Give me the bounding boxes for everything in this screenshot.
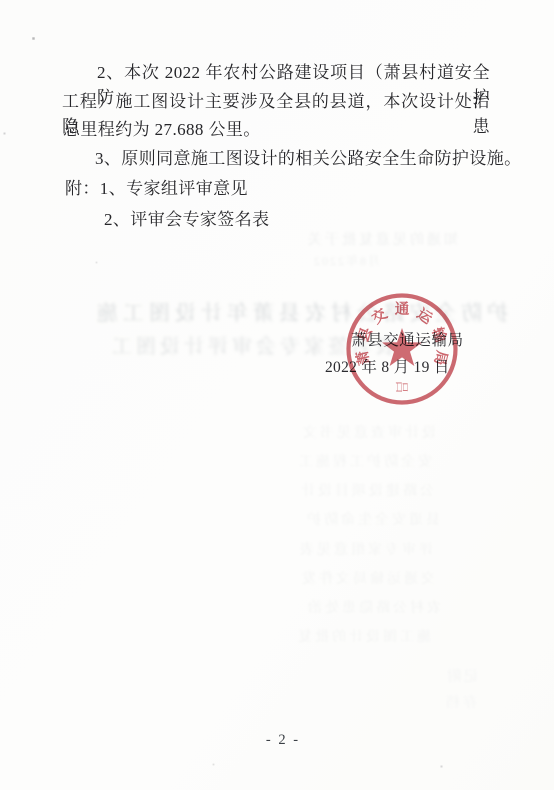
bleed-through-mark: 记附 [444, 666, 478, 686]
bleed-through-line: 施工图设计的批复 [295, 626, 431, 646]
seal-arc-char: 萧 [353, 348, 373, 366]
bleed-through-line: 农村公路隐患处治 [305, 597, 441, 617]
seal-arc-char: 输 [428, 324, 451, 345]
bleed-through-line: 设计审查意见书文 [300, 422, 436, 442]
bleed-through-line: 交通运输局文件发 [299, 568, 435, 588]
bleed-through-line: 县道安全生命防护 [304, 509, 440, 529]
page-number: - 2 - [0, 732, 554, 749]
seal-star-icon [382, 328, 422, 366]
paragraph-2-line-3: 总里程约为 27.688 公里。 [63, 115, 261, 140]
bleed-through-line: 知通的见意复批于关 [305, 229, 458, 249]
scan-noise [0, 0, 1, 1]
seal-arc-char: 通 [395, 300, 410, 318]
scanned-document-page: 知通的见意复批于关 月8年2202 护防全安路公村农县萧年计设图工施 表名签家专… [0, 0, 554, 790]
seal-bottom-char: 吕 [394, 380, 409, 393]
bleed-through-line: 月8年2202 [312, 252, 380, 269]
bleed-through-line: 安全防护工程施工 [296, 451, 432, 471]
official-seal-stamp: 萧 县 交 通 运 输 局 吕 [344, 291, 460, 407]
bleed-through-mark: 存档 [443, 692, 477, 712]
seal-arc-char: 局 [431, 349, 451, 367]
attachment-item-1: 附：1、专家组评审意见 [65, 174, 248, 199]
seal-arc-char: 县 [355, 325, 376, 345]
bleed-through-line: 公路建设项目设计 [298, 480, 434, 500]
seal-arc-char: 运 [414, 305, 436, 328]
paragraph-3: 3、原则同意施工图设计的相关公路安全生命防护设施。 [95, 144, 522, 169]
bleed-through-line: 评审专家组意见表 [297, 539, 433, 559]
attachment-item-2: 2、评审会专家签名表 [104, 205, 270, 230]
seal-arc-char: 交 [368, 304, 391, 327]
